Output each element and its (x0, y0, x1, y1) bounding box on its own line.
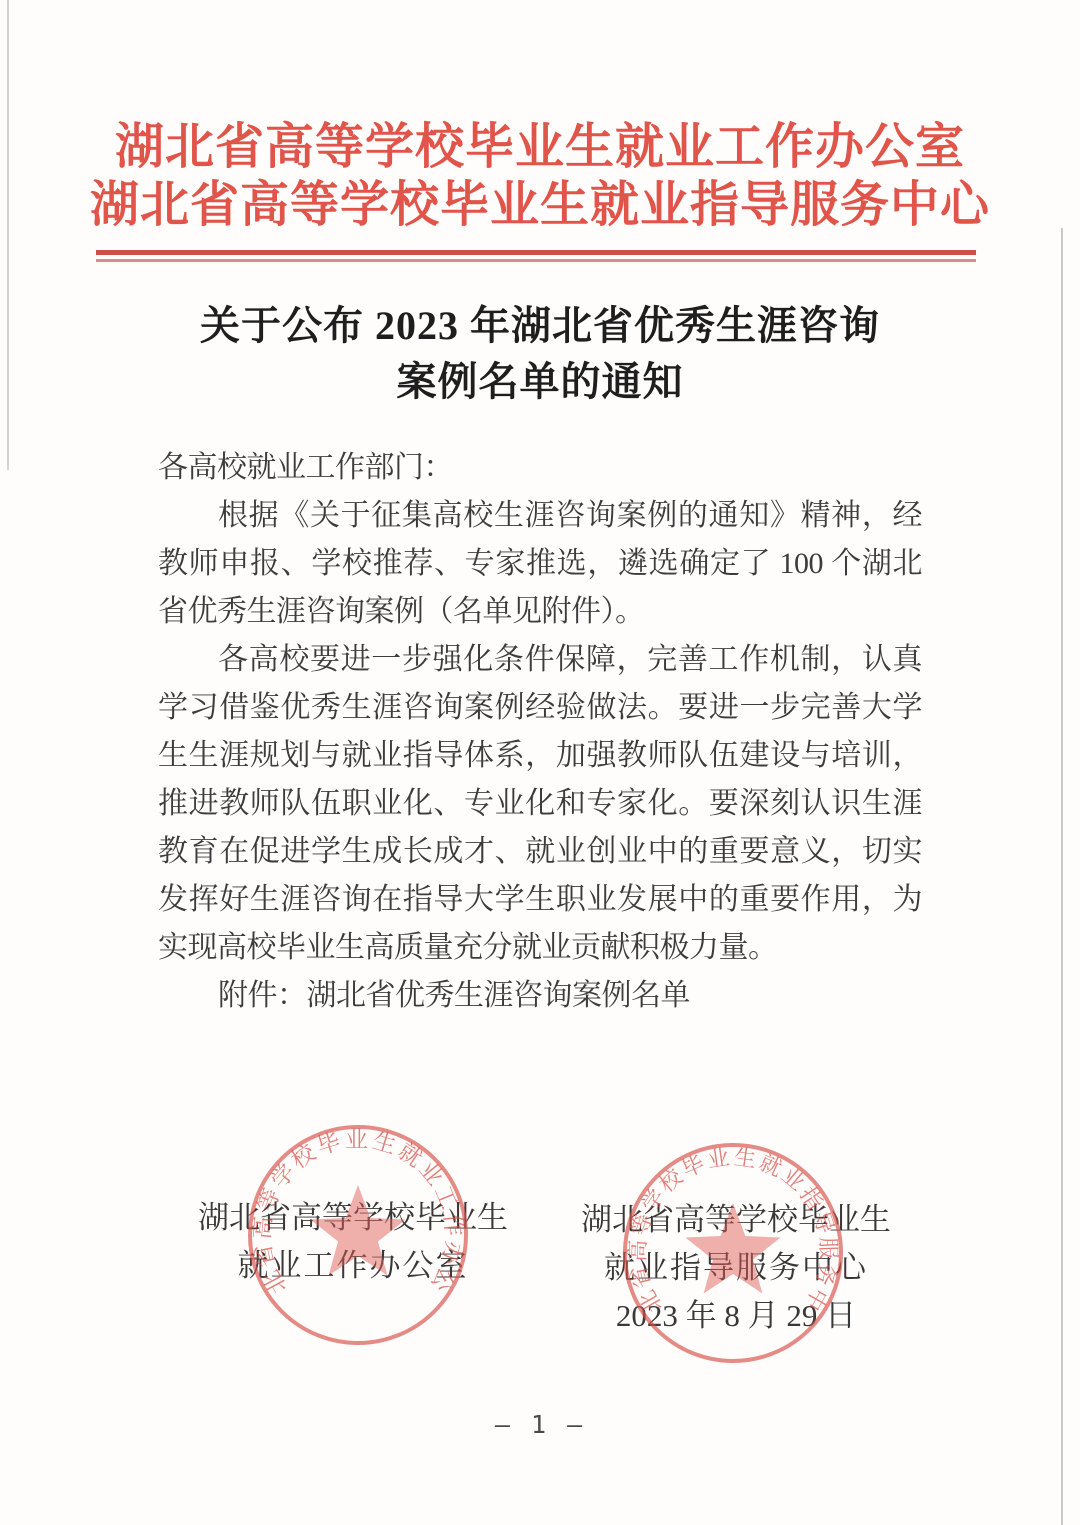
official-seal-center: 湖北省高等学校毕业生就业指导服务中心 (613, 1133, 853, 1373)
title-line2: 案例名单的通知 (0, 354, 1080, 410)
divider-thin-line (96, 259, 976, 262)
letterhead-line2: 湖北省高等学校毕业生就业指导服务中心 (0, 176, 1080, 234)
official-seal-office: 湖北省高等学校毕业生就业工作办公室 (238, 1115, 478, 1355)
star-icon (685, 1203, 780, 1293)
attachment-line: 附件：湖北省优秀生涯咨询案例名单 (158, 972, 922, 1020)
letterhead: 湖北省高等学校毕业生就业工作办公室 湖北省高等学校毕业生就业指导服务中心 (0, 118, 1080, 234)
letterhead-divider (96, 250, 976, 262)
title-line1: 关于公布 2023 年湖北省优秀生涯咨询 (0, 298, 1080, 354)
page-number: — 1 — (0, 1410, 1080, 1439)
document-body: 各高校就业工作部门： 根据《关于征集高校生涯咨询案例的通知》精神，经教师申报、学… (158, 444, 922, 1020)
paragraph-2: 各高校要进一步强化条件保障，完善工作机制，认真学习借鉴优秀生涯咨询案例经验做法。… (158, 636, 922, 972)
star-icon (310, 1185, 405, 1275)
letterhead-line1: 湖北省高等学校毕业生就业工作办公室 (0, 118, 1080, 176)
salutation: 各高校就业工作部门： (158, 444, 922, 492)
document-page: 湖北省高等学校毕业生就业工作办公室 湖北省高等学校毕业生就业指导服务中心 关于公… (0, 0, 1080, 1525)
paragraph-1: 根据《关于征集高校生涯咨询案例的通知》精神，经教师申报、学校推荐、专家推选，遴选… (158, 492, 922, 636)
scan-edge-right (1061, 228, 1063, 1525)
divider-thick-line (96, 250, 976, 255)
document-title: 关于公布 2023 年湖北省优秀生涯咨询 案例名单的通知 (0, 298, 1080, 410)
